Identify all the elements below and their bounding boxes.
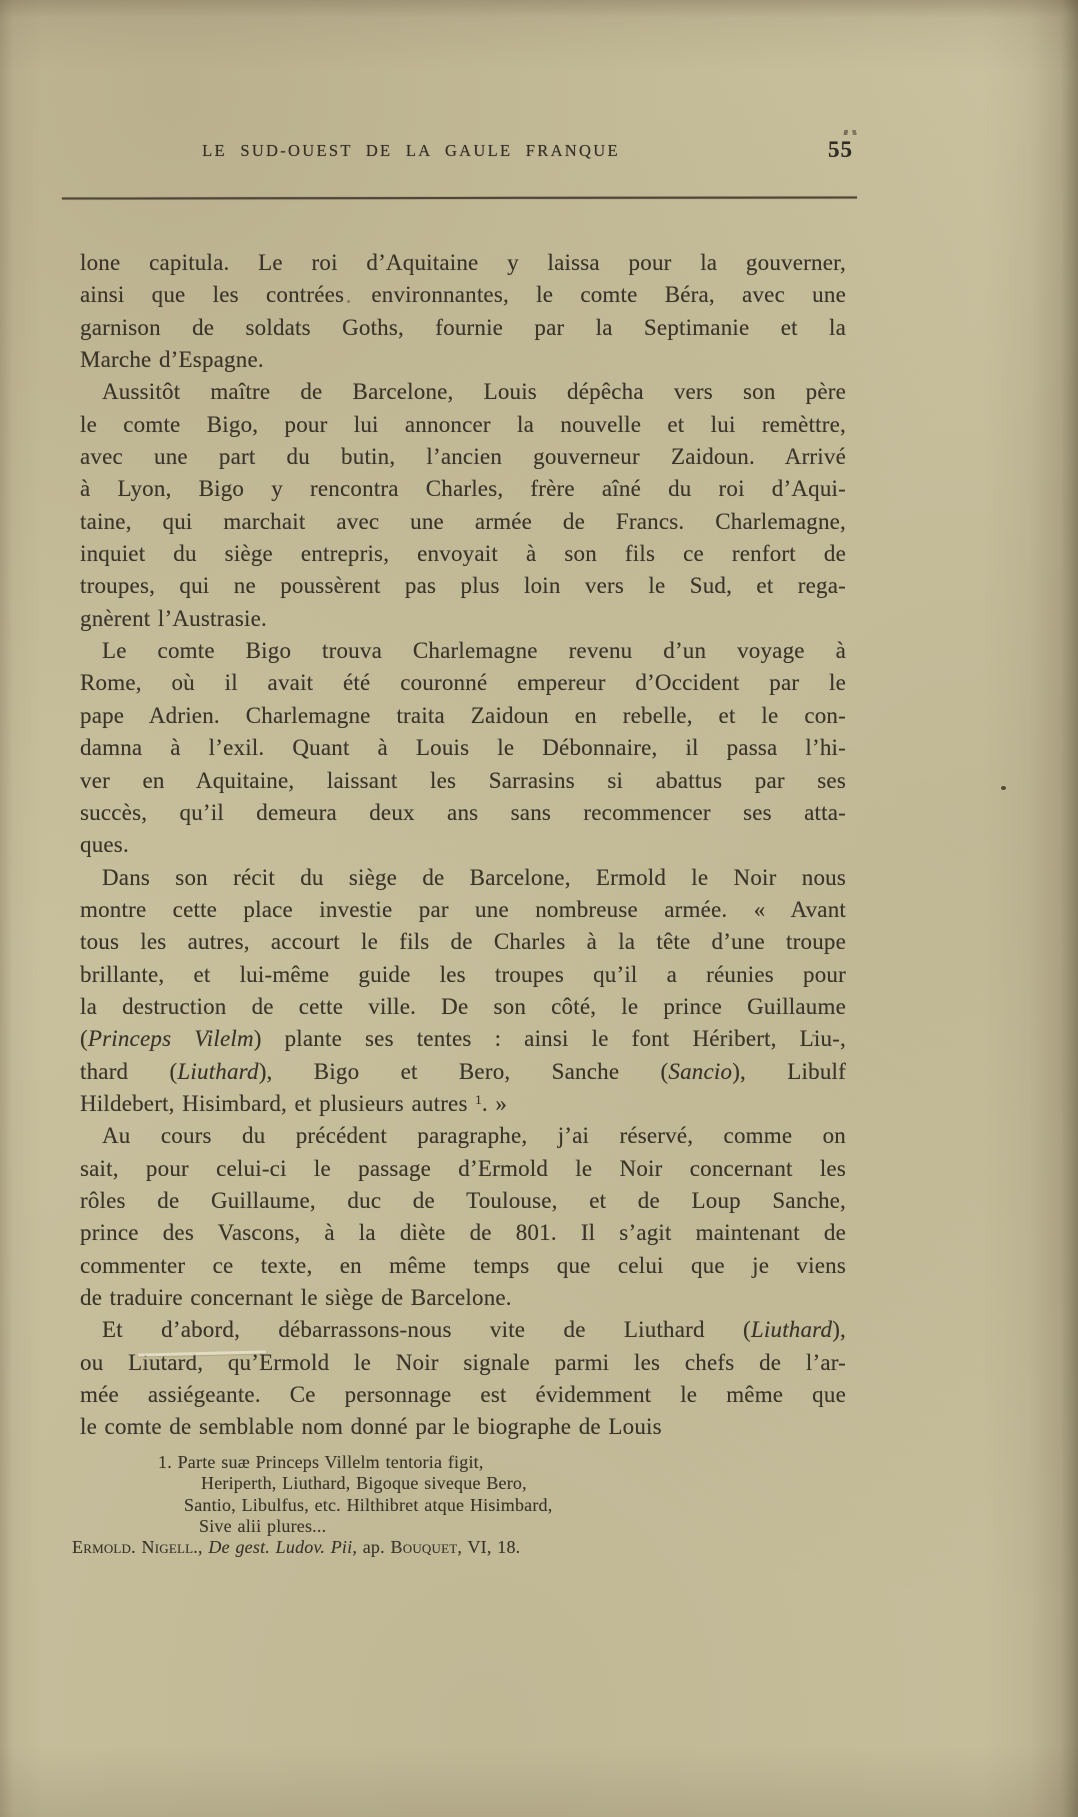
- page-number: 55: [828, 137, 876, 163]
- text-line: de traduire concernant le siège de Barce…: [80, 1282, 846, 1314]
- text-line: lone capitula. Le roi d’Aquitaine y lais…: [80, 247, 846, 279]
- paragraph: lone capitula. Le roi d’Aquitaine y lais…: [80, 247, 846, 376]
- text-line: thard (Liuthard), Bigo et Bero, Sanche (…: [80, 1056, 846, 1088]
- text-line: Hildebert, Hisimbard, et plusieurs autre…: [80, 1088, 846, 1120]
- text-line: rôles de Guillaume, duc de Toulouse, et …: [80, 1185, 846, 1217]
- text-line: (Princeps Vilelm) plante ses tentes : ai…: [80, 1023, 846, 1055]
- footnote-line: Ermold. Nigell., De gest. Ludov. Pii, ap…: [72, 1537, 864, 1558]
- footnote-line: 1. Parte suæ Princeps Villelm tentoria f…: [72, 1452, 864, 1473]
- text-line: gnèrent l’Austrasie.: [80, 603, 846, 635]
- text-line: commenter ce texte, en même temps que ce…: [80, 1250, 846, 1282]
- text-line: prince des Vascons, à la diète de 801. I…: [80, 1217, 846, 1249]
- paragraph: Au cours du précédent paragraphe, j’ai r…: [80, 1120, 846, 1314]
- text-line: succès, qu’il demeura deux ans sans reco…: [80, 797, 846, 829]
- running-header-title: LE SUD-OUEST DE LA GAULE FRANQUE: [0, 141, 822, 161]
- text-line: Rome, où il avait été couronné empereur …: [80, 667, 846, 699]
- header-rule: [62, 196, 857, 199]
- footnote-line: Santio, Libulfus, etc. Hilthibret atque …: [72, 1495, 864, 1516]
- text-line: Au cours du précédent paragraphe, j’ai r…: [80, 1120, 846, 1152]
- text-line: pape Adrien. Charlemagne traita Zaidoun …: [80, 700, 846, 732]
- text-line: avec une part du butin, l’ancien gouvern…: [80, 441, 846, 473]
- text-line: Le comte Bigo trouva Charlemagne revenu …: [80, 635, 846, 667]
- text-line: damna à l’exil. Quant à Louis le Débonna…: [80, 732, 846, 764]
- footnote-line: Sive alii plures...: [72, 1516, 864, 1537]
- text-line: la destruction de cette ville. De son cô…: [80, 991, 846, 1023]
- paper-speck: [812, 1034, 815, 1037]
- text-line: taine, qui marchait avec une armée de Fr…: [80, 506, 846, 538]
- text-line: le comte de semblable nom donné par le b…: [80, 1411, 846, 1443]
- text-line: sait, pour celui-ci le passage d’Ermold …: [80, 1153, 846, 1185]
- text-line: montre cette place investie par une nomb…: [80, 894, 846, 926]
- text-line: troupes, qui ne poussèrent pas plus loin…: [80, 570, 846, 602]
- text-line: inquiet du siège entrepris, envoyait à s…: [80, 538, 846, 570]
- text-line: à Lyon, Bigo y rencontra Charles, frère …: [80, 473, 846, 505]
- text-line: le comte Bigo, pour lui annoncer la nouv…: [80, 409, 846, 441]
- ink-marks: [836, 130, 862, 135]
- footnote-line: Heriperth, Liuthard, Bigoque siveque Ber…: [72, 1473, 864, 1494]
- paper-speck: [347, 300, 350, 303]
- footnote: 1. Parte suæ Princeps Villelm tentoria f…: [72, 1452, 864, 1558]
- text-line: Dans son récit du siège de Barcelone, Er…: [80, 862, 846, 894]
- text-line: brillante, et lui-même guide les troupes…: [80, 959, 846, 991]
- paragraph: Et d’abord, débarrassons-nous vite de Li…: [80, 1314, 846, 1443]
- text-line: ver en Aquitaine, laissant les Sarrasins…: [80, 765, 846, 797]
- text-line: garnison de soldats Goths, fournie par l…: [80, 312, 846, 344]
- text-line: ques.: [80, 829, 846, 861]
- paragraph: Aussitôt maître de Barcelone, Louis dépê…: [80, 376, 846, 635]
- text-line: Aussitôt maître de Barcelone, Louis dépê…: [80, 376, 846, 408]
- text-line: tous les autres, accourt le fils de Char…: [80, 926, 846, 958]
- text-line: mée assiégeante. Ce personnage est évide…: [80, 1379, 846, 1411]
- paper-speck: [1001, 786, 1006, 790]
- paragraph: Le comte Bigo trouva Charlemagne revenu …: [80, 635, 846, 861]
- scanned-book-page: LE SUD-OUEST DE LA GAULE FRANQUE 55 lone…: [0, 0, 1078, 1817]
- text-line: Marche d’Espagne.: [80, 344, 846, 376]
- paragraph: Dans son récit du siège de Barcelone, Er…: [80, 862, 846, 1121]
- text-line: ainsi que les contrées environnantes, le…: [80, 279, 846, 311]
- body-text: lone capitula. Le roi d’Aquitaine y lais…: [80, 247, 846, 1444]
- text-line: Et d’abord, débarrassons-nous vite de Li…: [80, 1314, 846, 1346]
